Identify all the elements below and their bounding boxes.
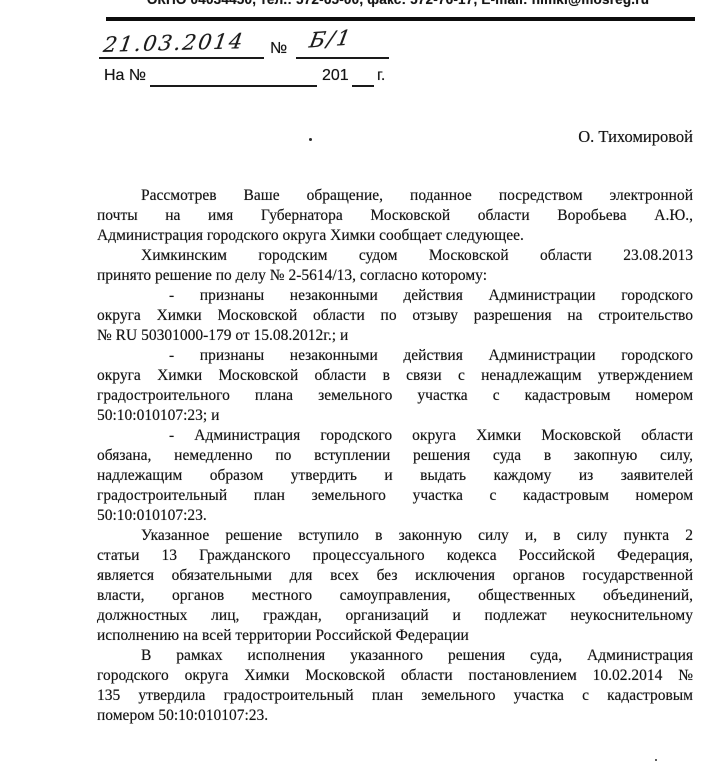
body-line: Указанное решение вступило в законную си… (97, 526, 693, 546)
incoming-year-prefix: 201 (322, 67, 349, 85)
letter-body: Рассмотрев Ваше обращение, поданное поср… (97, 186, 693, 726)
date-underline (99, 57, 264, 59)
body-line: власти, органов местного самоуправления,… (97, 586, 693, 606)
scan-speck (309, 138, 312, 141)
body-line: обязана, немедленно по вступлении решени… (97, 446, 693, 466)
body-line: - признаны незаконными действия Админист… (97, 346, 693, 366)
incoming-number-label: На № (104, 67, 146, 85)
body-line: 50:10:010107:23. (97, 506, 693, 526)
body-line: почты на имя Губернатора Московской обла… (97, 206, 693, 226)
body-line: городского округа Химки Московской облас… (97, 666, 693, 686)
number-underline (296, 57, 389, 59)
number-sign-label: № (270, 40, 287, 58)
body-line: градостроительного плана земельного учас… (97, 386, 693, 406)
paragraph: - признаны незаконными действия Админист… (97, 346, 693, 426)
body-line: 135 утвердила градостроительный план зем… (97, 686, 693, 706)
body-line: исполнению на всей территории Российской… (97, 626, 693, 646)
body-line: должностных лиц, граждан, организаций и … (97, 606, 693, 626)
body-line: принято решение по делу № 2-5614/13, сог… (97, 266, 693, 286)
handwritten-date: 21.03.2014 (102, 29, 246, 57)
body-line: № RU 50301000-179 от 15.08.2012г.; и (97, 326, 693, 346)
body-line: округа Химки Московской области в связи … (97, 366, 693, 386)
body-line: В рамках исполнения указанного решения с… (97, 646, 693, 666)
body-line: градостроительный план земельного участк… (97, 486, 693, 506)
paragraph: В рамках исполнения указанного решения с… (97, 646, 693, 726)
body-line: помером 50:10:010107:23. (97, 706, 693, 726)
paragraph: Химкинским городским судом Московской об… (97, 246, 693, 286)
body-line: статьи 13 Гражданского процессуального к… (97, 546, 693, 566)
body-line: - Администрация городского округа Химки … (97, 426, 693, 446)
body-line: - признаны незаконными действия Админист… (97, 286, 693, 306)
letterhead-divider-rule (106, 17, 695, 21)
incoming-year-unit: г. (377, 67, 385, 85)
scan-speck (655, 759, 657, 761)
paragraph: Указанное решение вступило в законную си… (97, 526, 693, 646)
body-line: 50:10:010107:23; и (97, 406, 693, 426)
incoming-number-underline (150, 85, 317, 87)
incoming-year-underline (352, 85, 374, 87)
body-line: Рассмотрев Ваше обращение, поданное поср… (97, 186, 693, 206)
body-line: Химкинским городским судом Московской об… (97, 246, 693, 266)
addressee-name: О. Тихомировой (97, 127, 693, 147)
scanned-letter-page: ОКПО 04034450, тел.: 572-65-00, факс: 57… (0, 0, 707, 781)
paragraph: - Администрация городского округа Химки … (97, 426, 693, 526)
body-line: Администрация городского округа Химки со… (97, 226, 693, 246)
letterhead-contact-line: ОКПО 04034450, тел.: 572-65-00, факс: 57… (100, 0, 696, 8)
body-line: округа Химки Московской области по отзыв… (97, 306, 693, 326)
body-line: надлежащим образом утвердить и выдать ка… (97, 466, 693, 486)
body-line: является обязательными для всех без искл… (97, 566, 693, 586)
paragraph: Рассмотрев Ваше обращение, поданное поср… (97, 186, 693, 246)
paragraph: - признаны незаконными действия Админист… (97, 286, 693, 346)
handwritten-outgoing-number: Б/1 (308, 26, 355, 53)
